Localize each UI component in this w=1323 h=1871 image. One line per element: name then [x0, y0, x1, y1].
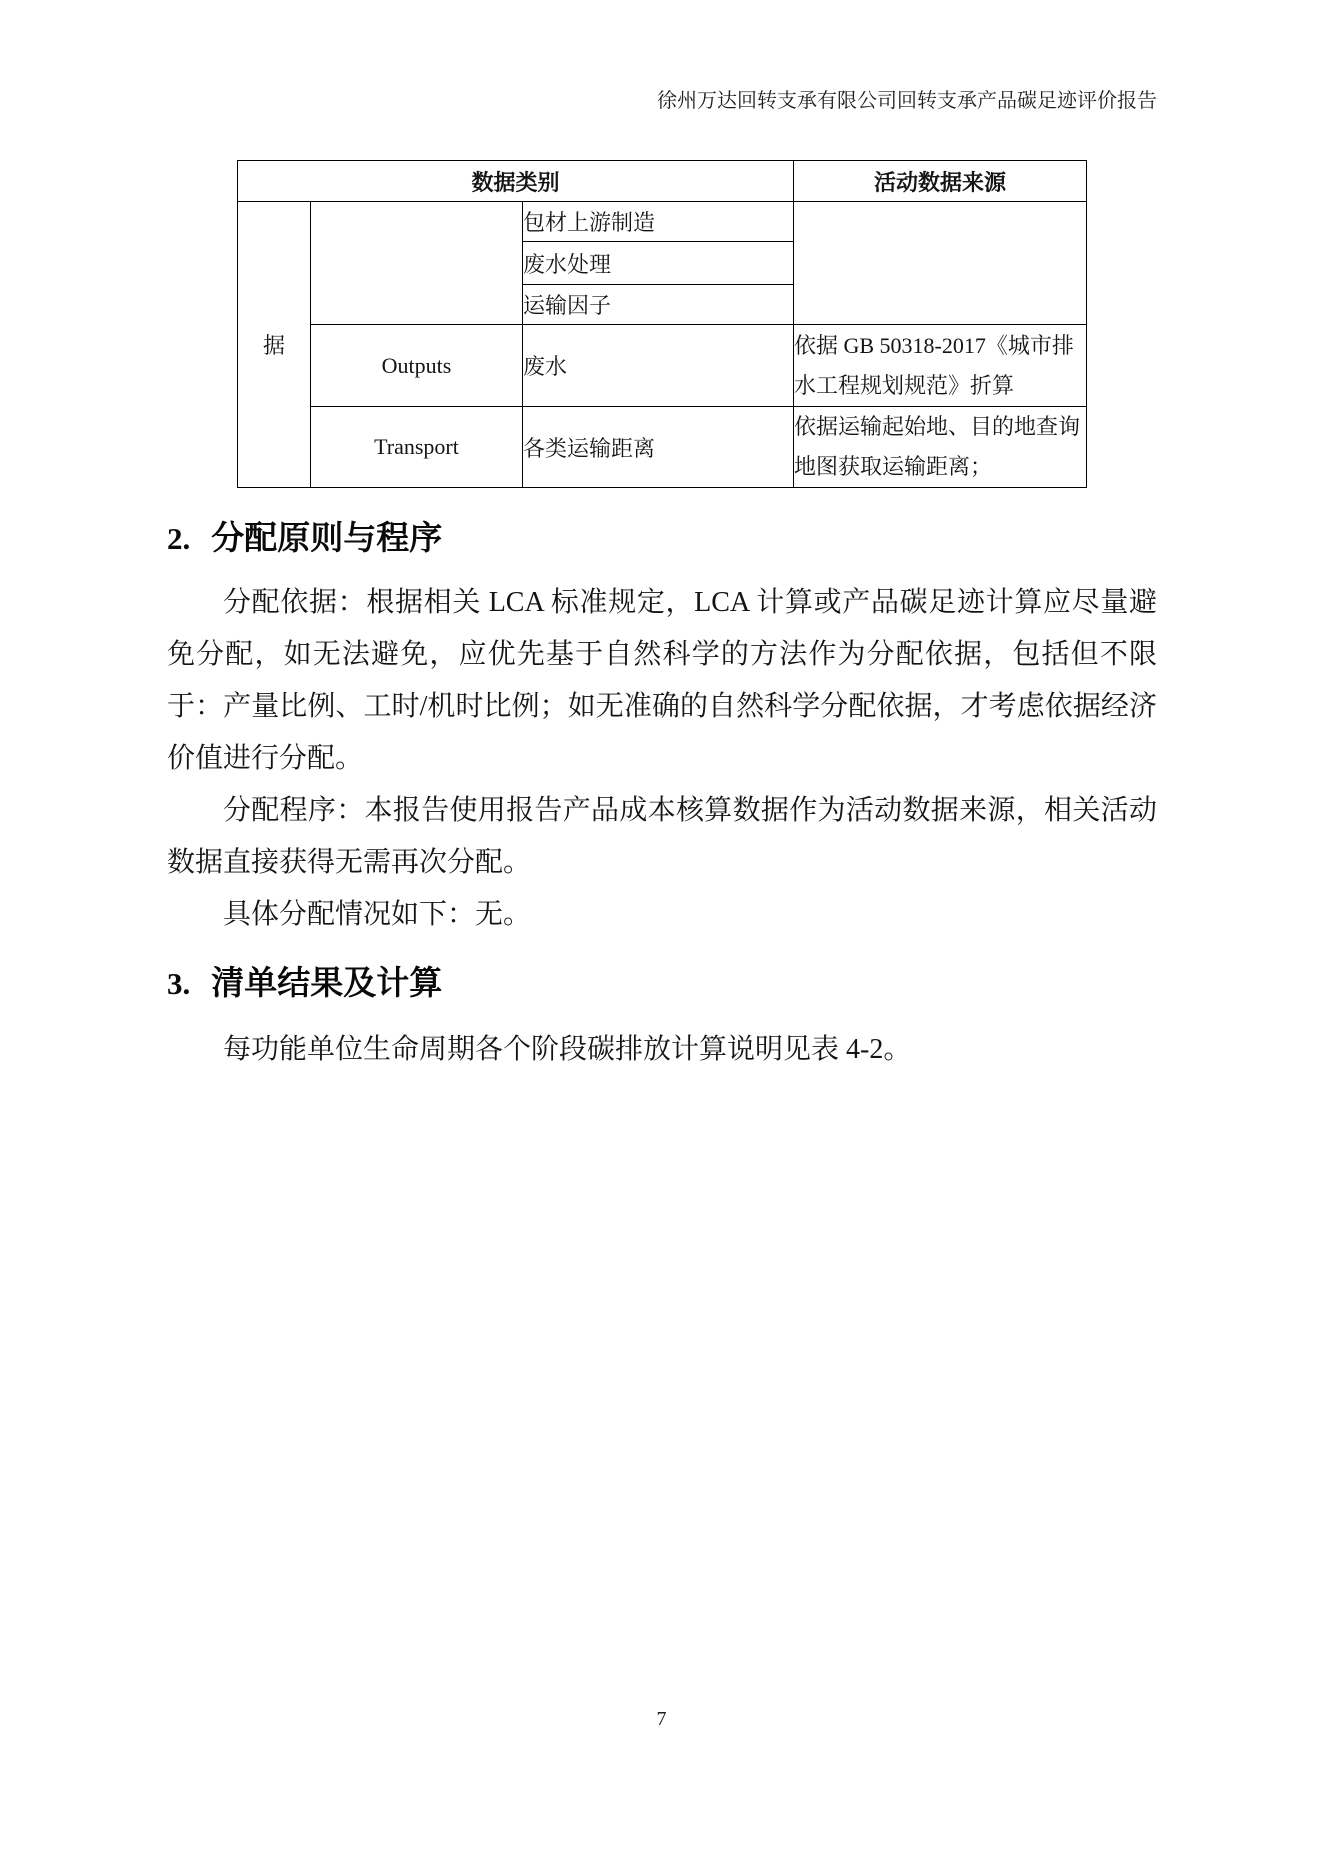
section-title: 清单结果及计算: [211, 964, 442, 1001]
table-header-data-category: 数据类别: [238, 161, 794, 202]
paragraph-allocation-detail: 具体分配情况如下：无。: [167, 889, 1157, 941]
section-heading-allocation: 2.分配原则与程序: [167, 512, 442, 559]
cell-outputs-item: 废水: [523, 325, 794, 407]
inventory-paragraphs: 每功能单位生命周期各个阶段碳排放计算说明见表 4-2。: [167, 1024, 1157, 1076]
cell-outputs-label: Outputs: [311, 325, 523, 407]
cell-transport-item: 各类运输距离: [523, 407, 794, 488]
table-row: Outputs 废水 依据 GB 50318-2017《城市排水工程规划规范》折…: [238, 325, 1087, 407]
running-header-title: 徐州万达回转支承有限公司回转支承产品碳足迹评价报告: [657, 84, 1157, 113]
table-row: 据 包材上游制造: [238, 202, 1087, 242]
table-header-row: 数据类别 活动数据来源: [238, 161, 1087, 202]
report-page: { "document": { "header_title": "徐州万达回转支…: [0, 0, 1323, 1871]
cell-transport-source: 依据运输起始地、目的地查询地图获取运输距离；: [794, 407, 1087, 488]
paragraph-allocation-basis: 分配依据：根据相关 LCA 标准规定，LCA 计算或产品碳足迹计算应尽量避免分配…: [167, 577, 1157, 785]
allocation-paragraphs: 分配依据：根据相关 LCA 标准规定，LCA 计算或产品碳足迹计算应尽量避免分配…: [167, 577, 1157, 941]
cell-item-packaging-upstream: 包材上游制造: [523, 202, 794, 242]
cell-background-label-empty: [311, 202, 523, 325]
cell-transport-label: Transport: [311, 407, 523, 488]
section-number: 2.: [167, 521, 190, 556]
section-number: 3.: [167, 966, 190, 1001]
paragraph-allocation-procedure: 分配程序：本报告使用报告产品成本核算数据作为活动数据来源，相关活动数据直接获得无…: [167, 785, 1157, 889]
paragraph-inventory-intro: 每功能单位生命周期各个阶段碳排放计算说明见表 4-2。: [167, 1024, 1157, 1076]
cell-item-transport-factor: 运输因子: [523, 285, 794, 325]
section-heading-inventory: 3.清单结果及计算: [167, 957, 442, 1004]
cell-background-source-empty: [794, 202, 1087, 325]
cell-category-fragment: 据: [238, 202, 311, 488]
cell-outputs-source: 依据 GB 50318-2017《城市排水工程规划规范》折算: [794, 325, 1087, 407]
section-title: 分配原则与程序: [211, 519, 442, 556]
cell-item-wastewater-treatment: 废水处理: [523, 242, 794, 285]
data-source-table: 数据类别 活动数据来源 据 包材上游制造 废水处理 运输因子 Outputs 废…: [237, 160, 1087, 488]
table-row: Transport 各类运输距离 依据运输起始地、目的地查询地图获取运输距离；: [238, 407, 1087, 488]
page-number: 7: [0, 1708, 1323, 1731]
table-header-activity-data-source: 活动数据来源: [794, 161, 1087, 202]
